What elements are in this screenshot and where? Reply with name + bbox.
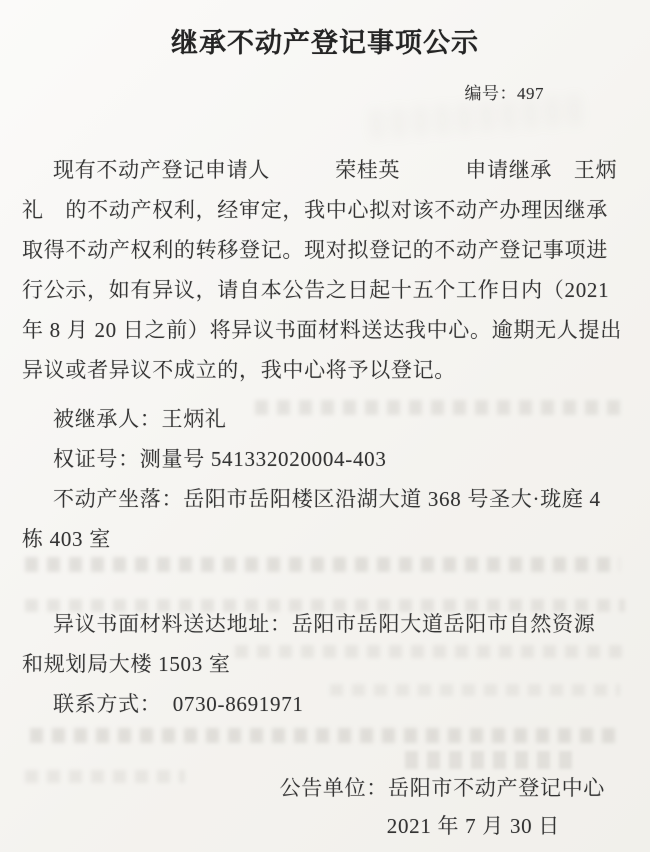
- issue-date: 2021 年 7 月 30 日: [387, 810, 560, 840]
- doc-number-value: 497: [517, 84, 544, 103]
- notice-title: 继承不动产登记事项公示: [0, 21, 650, 60]
- body-line: 异议或者异议不成立的，我中心将予以登记。: [22, 350, 632, 390]
- body-line: 礼 的不动产权利，经审定，我中心拟对该不动产办理因继承: [22, 190, 632, 230]
- phone-line: 联系方式： 0730-8691971: [22, 684, 632, 724]
- bleedthrough-smudge: [25, 557, 620, 572]
- bleedthrough-smudge: [25, 770, 185, 783]
- objection-address-line-cont: 和规划局大楼 1503 室: [22, 644, 632, 684]
- decedent-line: 被继承人：王炳礼: [22, 399, 632, 439]
- registration-items: 被继承人：王炳礼 权证号：测量号 541332020004-403 不动产坐落：…: [22, 399, 632, 559]
- issuing-authority: 公告单位：岳阳市不动产登记中心: [280, 772, 606, 802]
- doc-number: 编号：497: [465, 79, 545, 104]
- certificate-number-line: 权证号：测量号 541332020004-403: [22, 439, 632, 479]
- doc-number-label: 编号：: [465, 84, 518, 103]
- property-location-line: 不动产坐落：岳阳市岳阳楼区沿湖大道 368 号圣大·珑庭 4: [22, 479, 632, 519]
- scanned-notice-page: 继承不动产登记事项公示 编号：497 现有不动产登记申请人 荣桂英 申请继承 王…: [0, 0, 650, 852]
- body-line: 取得不动产权利的转移登记。现对拟登记的不动产登记事项进: [22, 230, 632, 270]
- bleedthrough-smudge: [405, 751, 575, 769]
- body-line: 年 8 月 20 日之前）将异议书面材料送达我中心。逾期无人提出: [22, 310, 632, 350]
- notice-body-paragraph: 现有不动产登记申请人 荣桂英 申请继承 王炳 礼 的不动产权利，经审定，我中心拟…: [22, 150, 632, 390]
- body-line: 行公示，如有异议，请自本公告之日起十五个工作日内（2021: [22, 270, 632, 310]
- property-location-line-cont: 栋 403 室: [22, 519, 632, 559]
- contact-section: 异议书面材料送达地址：岳阳市岳阳大道岳阳市自然资源 和规划局大楼 1503 室 …: [22, 604, 632, 724]
- bleedthrough-smudge: [30, 728, 620, 743]
- body-line: 现有不动产登记申请人 荣桂英 申请继承 王炳: [22, 150, 632, 190]
- objection-address-line: 异议书面材料送达地址：岳阳市岳阳大道岳阳市自然资源: [22, 604, 632, 644]
